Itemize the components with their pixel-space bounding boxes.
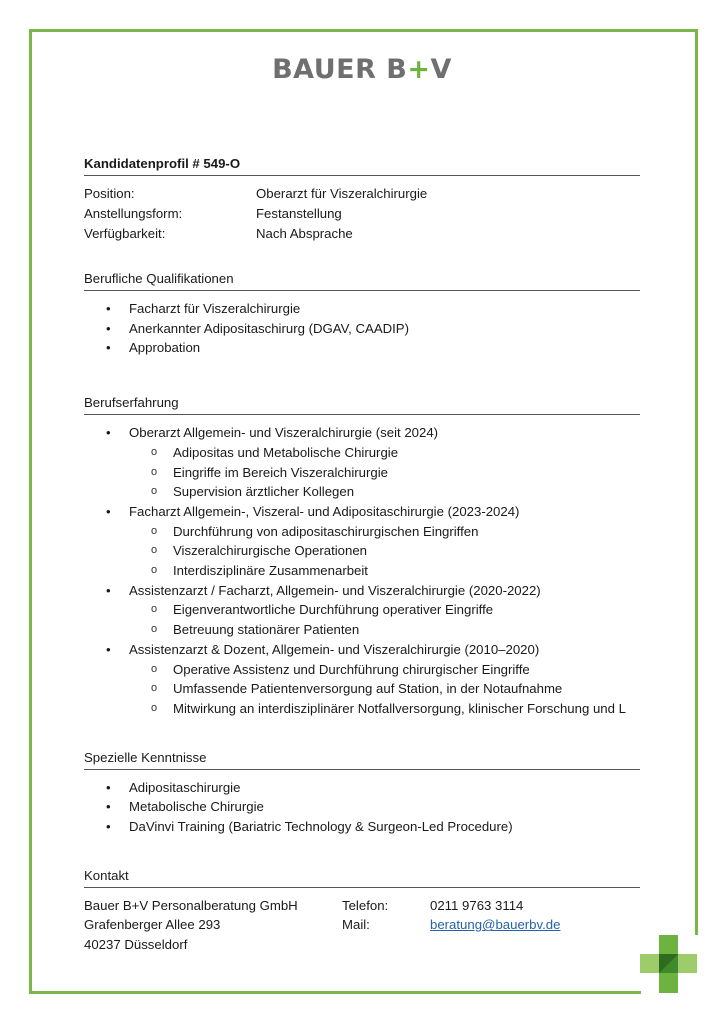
list-item-text: Facharzt für Viszeralchirurgie <box>129 301 300 316</box>
bullet-icon: • <box>106 797 111 817</box>
experience-title: Facharzt Allgemein-, Viszeral- und Adipo… <box>129 504 519 519</box>
sublist-item: oDurchführung von adipositaschirurgische… <box>84 522 640 542</box>
experience-list: •Oberarzt Allgemein- und Viszeralchirurg… <box>84 423 640 719</box>
mail-link[interactable]: beratung@bauerbv.de <box>430 917 560 932</box>
circle-bullet-icon: o <box>151 541 157 561</box>
bullet-icon: • <box>106 299 111 319</box>
sublist-item-text: Eingriffe im Bereich Viszeralchirurgie <box>173 465 388 480</box>
contact-heading: Kontakt <box>84 867 640 888</box>
sublist-item-text: Interdisziplinäre Zusammenarbeit <box>173 563 368 578</box>
circle-bullet-icon: o <box>151 561 157 581</box>
mail-label: Mail: <box>342 915 430 935</box>
bullet-icon: • <box>106 319 111 339</box>
qualifications-list: •Facharzt für Viszeralchirurgie•Anerkann… <box>84 299 640 358</box>
list-item: •Approbation <box>84 338 640 358</box>
sublist-item-text: Mitwirkung an interdisziplinärer Notfall… <box>173 701 626 716</box>
sublist-item-text: Supervision ärztlicher Kollegen <box>173 484 354 499</box>
field-label: Anstellungsform: <box>84 204 256 224</box>
circle-bullet-icon: o <box>151 443 157 463</box>
bullet-icon: • <box>106 338 111 358</box>
circle-bullet-icon: o <box>151 600 157 620</box>
sublist-item: oUmfassende Patientenversorgung auf Stat… <box>84 679 640 699</box>
page-frame-bottom <box>29 991 641 994</box>
sublist-item-text: Adipositas und Metabolische Chirurgie <box>173 445 398 460</box>
circle-bullet-icon: o <box>151 482 157 502</box>
bullet-icon: • <box>106 640 111 660</box>
page-frame-left <box>29 29 32 994</box>
bullet-icon: • <box>106 581 111 601</box>
field-label: Position: <box>84 184 256 204</box>
experience-item: •Assistenzarzt & Dozent, Allgemein- und … <box>84 640 640 719</box>
sublist-item-text: Durchführung von adipositaschirurgischen… <box>173 524 478 539</box>
experience-title: Oberarzt Allgemein- und Viszeralchirurgi… <box>129 425 438 440</box>
bullet-icon: • <box>106 778 111 798</box>
profile-field-row: Position:Oberarzt für Viszeralchirurgie <box>84 184 640 204</box>
experience-title: Assistenzarzt / Facharzt, Allgemein- und… <box>129 583 541 598</box>
experience-sublist: oOperative Assistenz und Durchführung ch… <box>84 660 640 719</box>
sublist-item-text: Eigenverantwortliche Durchführung operat… <box>173 602 493 617</box>
sublist-item: oMitwirkung an interdisziplinärer Notfal… <box>84 699 640 719</box>
circle-bullet-icon: o <box>151 522 157 542</box>
contact-company: Bauer B+V Personalberatung GmbH <box>84 896 342 916</box>
contact-block: Bauer B+V Personalberatung GmbH Grafenbe… <box>84 896 640 955</box>
skills-list: •Adipositaschirurgie•Metabolische Chirur… <box>84 778 640 837</box>
phone-label: Telefon: <box>342 896 430 916</box>
bullet-icon: • <box>106 502 111 522</box>
bullet-icon: • <box>106 817 111 837</box>
document-body: Kandidatenprofil # 549-O Position:Oberar… <box>84 155 640 954</box>
skills-heading: Spezielle Kenntnisse <box>84 749 640 770</box>
bullet-icon: • <box>106 423 111 443</box>
circle-bullet-icon: o <box>151 699 157 719</box>
page-frame-right <box>695 29 698 935</box>
list-item-text: Metabolische Chirurgie <box>129 799 264 814</box>
list-item: •Facharzt für Viszeralchirurgie <box>84 299 640 319</box>
contact-city: 40237 Düsseldorf <box>84 935 342 955</box>
sublist-item-text: Viszeralchirurgische Operationen <box>173 543 367 558</box>
experience-sublist: oAdipositas und Metabolische ChirurgieoE… <box>84 443 640 502</box>
circle-bullet-icon: o <box>151 620 157 640</box>
list-item-text: Approbation <box>129 340 200 355</box>
sublist-item: oInterdisziplinäre Zusammenarbeit <box>84 561 640 581</box>
sublist-item: oEingriffe im Bereich Viszeralchirurgie <box>84 463 640 483</box>
profile-field-row: Anstellungsform:Festanstellung <box>84 204 640 224</box>
sublist-item: oEigenverantwortliche Durchführung opera… <box>84 600 640 620</box>
list-item-text: Anerkannter Adipositaschirurg (DGAV, CAA… <box>129 321 409 336</box>
experience-title: Assistenzarzt & Dozent, Allgemein- und V… <box>129 642 539 657</box>
field-value: Festanstellung <box>256 204 342 224</box>
page-frame-top <box>29 29 697 32</box>
experience-sublist: oEigenverantwortliche Durchführung opera… <box>84 600 640 639</box>
experience-sublist: oDurchführung von adipositaschirurgische… <box>84 522 640 581</box>
field-value: Oberarzt für Viszeralchirurgie <box>256 184 427 204</box>
circle-bullet-icon: o <box>151 679 157 699</box>
sublist-item-text: Umfassende Patientenversorgung auf Stati… <box>173 681 562 696</box>
sublist-item: oViszeralchirurgische Operationen <box>84 541 640 561</box>
list-item: •Anerkannter Adipositaschirurg (DGAV, CA… <box>84 319 640 339</box>
profile-field-row: Verfügbarkeit:Nach Absprache <box>84 224 640 244</box>
experience-item: •Assistenzarzt / Facharzt, Allgemein- un… <box>84 581 640 640</box>
list-item: •Metabolische Chirurgie <box>84 797 640 817</box>
list-item: •Adipositaschirurgie <box>84 778 640 798</box>
field-value: Nach Absprache <box>256 224 353 244</box>
experience-item: •Facharzt Allgemein-, Viszeral- und Adip… <box>84 502 640 581</box>
sublist-item: oAdipositas und Metabolische Chirurgie <box>84 443 640 463</box>
list-item-text: Adipositaschirurgie <box>129 780 240 795</box>
circle-bullet-icon: o <box>151 660 157 680</box>
experience-item: •Oberarzt Allgemein- und Viszeralchirurg… <box>84 423 640 502</box>
field-label: Verfügbarkeit: <box>84 224 256 244</box>
phone-value: 0211 9763 3114 <box>430 896 560 916</box>
sublist-item-text: Operative Assistenz und Durchführung chi… <box>173 662 530 677</box>
qualifications-heading: Berufliche Qualifikationen <box>84 270 640 291</box>
list-item: •DaVinvi Training (Bariatric Technology … <box>84 817 640 837</box>
sublist-item: oBetreuung stationärer Patienten <box>84 620 640 640</box>
company-logo: BAUER B+V <box>0 54 724 85</box>
profile-fields: Position:Oberarzt für ViszeralchirurgieA… <box>84 184 640 244</box>
sublist-item-text: Betreuung stationärer Patienten <box>173 622 359 637</box>
sublist-item: oSupervision ärztlicher Kollegen <box>84 482 640 502</box>
circle-bullet-icon: o <box>151 463 157 483</box>
contact-street: Grafenberger Allee 293 <box>84 915 342 935</box>
list-item-text: DaVinvi Training (Bariatric Technology &… <box>129 819 513 834</box>
experience-heading: Berufserfahrung <box>84 394 640 415</box>
profile-title: Kandidatenprofil # 549-O <box>84 155 640 176</box>
sublist-item: oOperative Assistenz und Durchführung ch… <box>84 660 640 680</box>
